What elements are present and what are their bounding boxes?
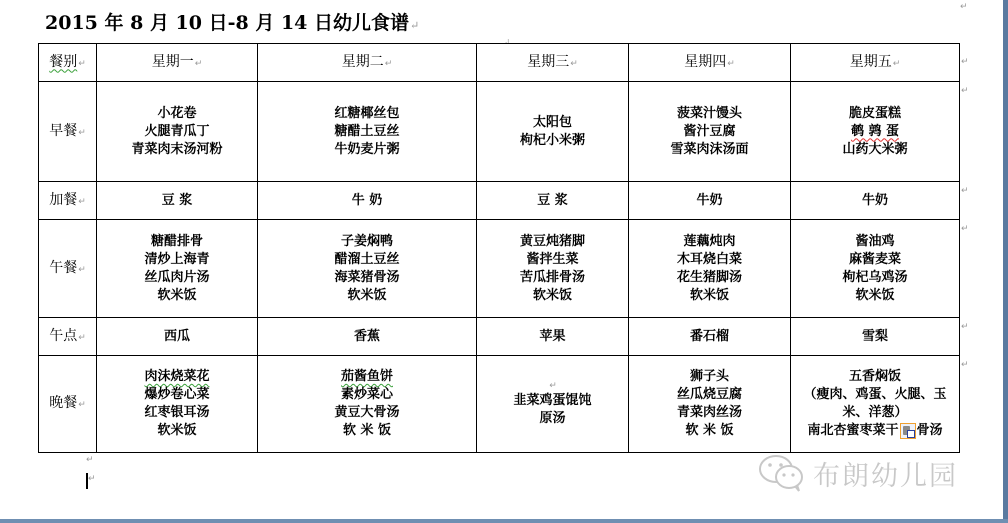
paragraph-mark: ↵: [960, 2, 968, 12]
row-end-mark: ↵: [961, 57, 969, 67]
menu-cell: 狮子头 丝瓜烧豆腐 青菜肉丝汤 软 米 饭: [629, 356, 791, 453]
menu-cell: 雪梨: [791, 318, 960, 356]
dish: 米、洋葱）: [791, 404, 959, 422]
dish: 丝瓜烧豆腐: [629, 386, 790, 404]
header-meal-type: 餐别↵: [39, 44, 97, 82]
dish: 软米饭: [258, 287, 476, 305]
menu-cell: 酱油鸡 麻酱麦菜 枸杞乌鸡汤 软米饭: [791, 220, 960, 318]
menu-cell: 莲藕炖肉 木耳烧白菜 花生猪脚汤 软米饭: [629, 220, 791, 318]
wechat-icon: [757, 453, 807, 493]
menu-cell: 小花卷 火腿青瓜丁 青菜肉末汤河粉: [97, 82, 258, 182]
dish: 枸杞小米粥: [477, 132, 628, 150]
dish: 青菜肉末汤河粉: [97, 141, 257, 159]
menu-cell: 红糖椰丝包 糖醋土豆丝 牛奶麦片粥: [258, 82, 477, 182]
dish: 鹌 鹑 蛋: [791, 123, 959, 141]
document-title: 2015 年 8 月 10 日-8 月 14 日幼儿食谱↵: [45, 8, 419, 35]
dish: 火腿青瓜丁: [97, 123, 257, 141]
dish: 酱拌生菜: [477, 251, 628, 269]
meal-label: 加餐↵: [39, 182, 97, 220]
table-row-breakfast: 早餐↵ 小花卷 火腿青瓜丁 青菜肉末汤河粉 红糖椰丝包 糖醋土豆丝 牛奶麦片粥 …: [39, 82, 960, 182]
meal-label: 午点↵: [39, 318, 97, 356]
watermark: 布朗幼儿园: [757, 453, 958, 493]
dish: 软 米 饭: [258, 422, 476, 440]
dish: 素炒菜心: [258, 386, 476, 404]
menu-cell: 西瓜: [97, 318, 258, 356]
dish: 软米饭: [629, 287, 790, 305]
dish: 木耳烧白菜: [629, 251, 790, 269]
table-row-afternoon-snack: 午点↵ 西瓜 香蕉 苹果 番石榴 雪梨: [39, 318, 960, 356]
dish: 苦瓜排骨汤: [477, 269, 628, 287]
header-day-wed: 星期三↵: [477, 44, 629, 82]
meal-label: 晚餐↵: [39, 356, 97, 453]
dish: 茄酱鱼饼: [258, 368, 476, 386]
menu-table: 餐别↵ 星期一↵ 星期二↵ 星期三↵ 星期四↵ 星期五↵ 早餐↵ 小花卷 火腿青…: [38, 43, 960, 453]
header-day-tue: 星期二↵: [258, 44, 477, 82]
dish: 山药大米粥: [791, 141, 959, 159]
dish: 小花卷: [97, 105, 257, 123]
watermark-text: 布朗幼儿园: [813, 454, 958, 493]
dish: 五香焖饭: [791, 368, 959, 386]
dish: 子姜焖鸭: [258, 233, 476, 251]
menu-cell: ↵ 韭菜鸡蛋馄饨 原汤: [477, 356, 629, 453]
paragraph-mark: ↵: [88, 474, 96, 484]
dish: 韭菜鸡蛋馄饨: [477, 392, 628, 410]
dish: 肉沫烧菜花: [97, 368, 257, 386]
row-end-mark: ↵: [961, 322, 969, 332]
menu-cell: 子姜焖鸭 醋溜土豆丝 海菜猪骨汤 软米饭: [258, 220, 477, 318]
dish: 软米饭: [97, 422, 257, 440]
meal-label: 早餐↵: [39, 82, 97, 182]
dish: 牛奶麦片粥: [258, 141, 476, 159]
header-day-thu: 星期四↵: [629, 44, 791, 82]
dish: 黄豆大骨汤: [258, 404, 476, 422]
menu-cell: 脆皮蛋糕 鹌 鹑 蛋 山药大米粥: [791, 82, 960, 182]
dish: 软米饭: [97, 287, 257, 305]
dish: 狮子头: [629, 368, 790, 386]
page-edge: [1003, 0, 1008, 523]
menu-cell: 牛奶: [791, 182, 960, 220]
table-row-snack: 加餐↵ 豆 浆 牛 奶 豆 浆 牛奶 牛奶: [39, 182, 960, 220]
dish: 雪菜肉沫汤面: [629, 141, 790, 159]
menu-cell: 番石榴: [629, 318, 791, 356]
paragraph-mark: ↵: [86, 455, 94, 465]
dish: 菠菜汁馒头: [629, 105, 790, 123]
dish: 海菜猪骨汤: [258, 269, 476, 287]
dish: 酱汁豆腐: [629, 123, 790, 141]
row-end-mark: ↵: [961, 360, 969, 370]
row-end-mark: ↵: [961, 186, 969, 196]
menu-cell: 菠菜汁馒头 酱汁豆腐 雪菜肉沫汤面: [629, 82, 791, 182]
menu-cell: 黄豆炖猪脚 酱拌生菜 苦瓜排骨汤 软米饭: [477, 220, 629, 318]
dish: 糖醋土豆丝: [258, 123, 476, 141]
row-end-mark: ↵: [961, 86, 969, 96]
menu-cell: 五香焖饭 （瘦肉、鸡蛋、火腿、玉 米、洋葱） 南北杏蜜枣菜干骨汤: [791, 356, 960, 453]
dish: 醋溜土豆丝: [258, 251, 476, 269]
menu-cell: 茄酱鱼饼 素炒菜心 黄豆大骨汤 软 米 饭: [258, 356, 477, 453]
menu-cell: 牛 奶: [258, 182, 477, 220]
dish: 脆皮蛋糕: [791, 105, 959, 123]
menu-cell: 牛奶: [629, 182, 791, 220]
dish: 软 米 饭: [629, 422, 790, 440]
dish: （瘦肉、鸡蛋、火腿、玉: [791, 386, 959, 404]
page-edge-bottom: [0, 519, 1008, 523]
row-end-mark: ↵: [961, 224, 969, 234]
dish: 酱油鸡: [791, 233, 959, 251]
header-day-fri: 星期五↵: [791, 44, 960, 82]
dish: 南北杏蜜枣菜干骨汤: [791, 422, 959, 440]
dish: 花生猪脚汤: [629, 269, 790, 287]
dish: 原汤: [477, 410, 628, 428]
header-row: 餐别↵ 星期一↵ 星期二↵ 星期三↵ 星期四↵ 星期五↵: [39, 44, 960, 82]
dish: 丝瓜肉片汤: [97, 269, 257, 287]
table-row-lunch: 午餐↵ 糖醋排骨 清炒上海青 丝瓜肉片汤 软米饭 子姜焖鸭 醋溜土豆丝 海菜猪骨…: [39, 220, 960, 318]
dish: 红枣银耳汤: [97, 404, 257, 422]
dish: 太阳包: [477, 114, 628, 132]
menu-cell: 糖醋排骨 清炒上海青 丝瓜肉片汤 软米饭: [97, 220, 258, 318]
meal-label: 午餐↵: [39, 220, 97, 318]
menu-cell: 肉沫烧菜花 爆炒卷心菜 红枣银耳汤 软米饭: [97, 356, 258, 453]
dish: 糖醋排骨: [97, 233, 257, 251]
header-day-mon: 星期一↵: [97, 44, 258, 82]
table-row-dinner: 晚餐↵ 肉沫烧菜花 爆炒卷心菜 红枣银耳汤 软米饭 茄酱鱼饼 素炒菜心 黄豆大骨…: [39, 356, 960, 453]
dish: 青菜肉丝汤: [629, 404, 790, 422]
dish: 黄豆炖猪脚: [477, 233, 628, 251]
paste-options-icon[interactable]: [900, 423, 916, 439]
dish: 枸杞乌鸡汤: [791, 269, 959, 287]
dish: 软米饭: [477, 287, 628, 305]
paragraph-mark: ↵: [410, 19, 419, 32]
title-text: 2015 年 8 月 10 日-8 月 14 日幼儿食谱: [45, 12, 409, 34]
dish: 清炒上海青: [97, 251, 257, 269]
dish: 莲藕炖肉: [629, 233, 790, 251]
dish: 爆炒卷心菜: [97, 386, 257, 404]
menu-cell: 太阳包 枸杞小米粥: [477, 82, 629, 182]
dish: 麻酱麦菜: [791, 251, 959, 269]
menu-cell: 苹果: [477, 318, 629, 356]
dish: 软米饭: [791, 287, 959, 305]
dish: 红糖椰丝包: [258, 105, 476, 123]
menu-cell: 豆 浆: [477, 182, 629, 220]
menu-cell: 豆 浆: [97, 182, 258, 220]
menu-cell: 香蕉: [258, 318, 477, 356]
